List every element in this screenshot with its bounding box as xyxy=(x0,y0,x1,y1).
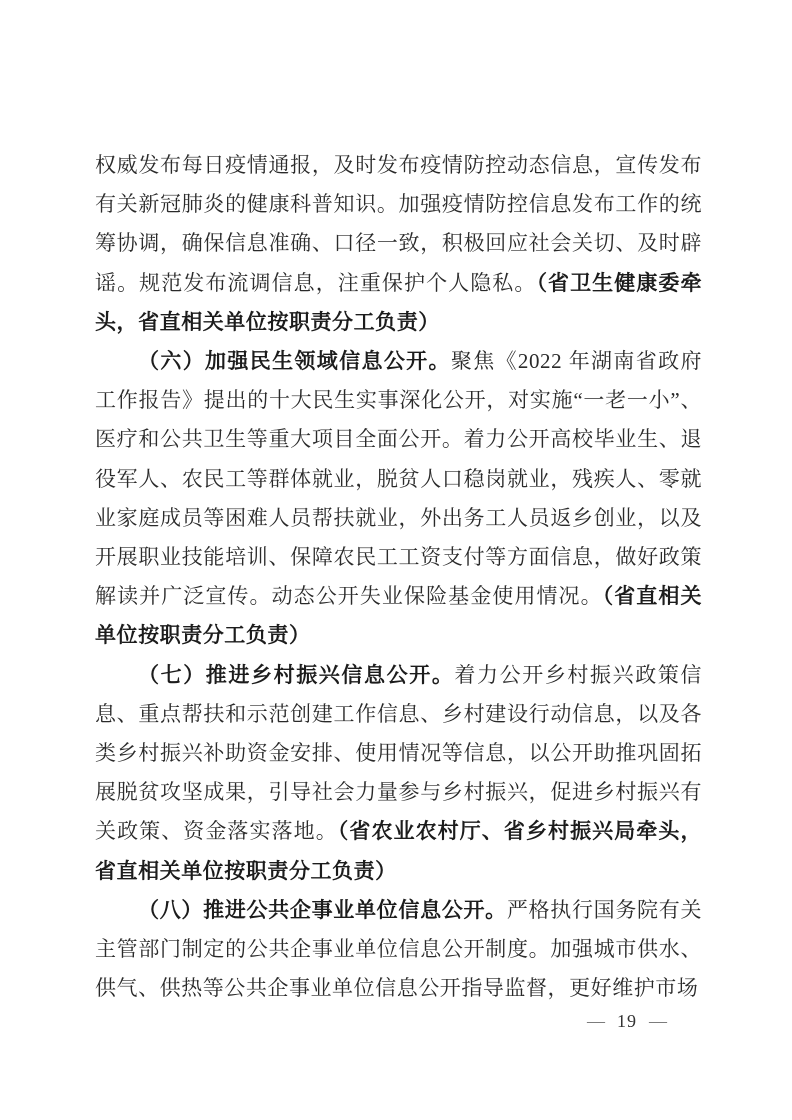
section-7-heading: （七）推进乡村振兴信息公开。 xyxy=(138,663,454,687)
paragraph-section-6: （六）加强民生领域信息公开。聚焦《2022 年湖南省政府工作报告》提出的十大民生… xyxy=(95,342,702,656)
paragraph-section-7: （七）推进乡村振兴信息公开。着力公开乡村振兴政策信息、重点帮扶和示范创建工作信息… xyxy=(95,656,702,891)
section-6-heading: （六）加强民生领域信息公开。 xyxy=(138,349,451,373)
page-number: 19 xyxy=(617,1008,637,1034)
document-body: 权威发布每日疫情通报，及时发布疫情防控动态信息，宣传发布有关新冠肺炎的健康科普知… xyxy=(95,146,702,1008)
section-8-heading: （八）推进公共企事业单位信息公开。 xyxy=(138,898,507,922)
footer-dash-left: — xyxy=(587,1008,605,1034)
body-text: 聚焦《2022 年湖南省政府工作报告》提出的十大民生实事深化公开，对实施“一老一… xyxy=(95,349,702,608)
footer-dash-right: — xyxy=(649,1008,667,1034)
page-footer: — 19 — xyxy=(587,1008,667,1034)
paragraph-continued: 权威发布每日疫情通报，及时发布疫情防控动态信息，宣传发布有关新冠肺炎的健康科普知… xyxy=(95,146,702,342)
body-text: 着力公开乡村振兴政策信息、重点帮扶和示范创建工作信息、乡村建设行动信息，以及各类… xyxy=(95,663,702,844)
paragraph-section-8: （八）推进公共企事业单位信息公开。严格执行国务院有关主管部门制定的公共企事业单位… xyxy=(95,891,702,1009)
document-page: 权威发布每日疫情通报，及时发布疫情防控动态信息，宣传发布有关新冠肺炎的健康科普知… xyxy=(0,0,792,1120)
